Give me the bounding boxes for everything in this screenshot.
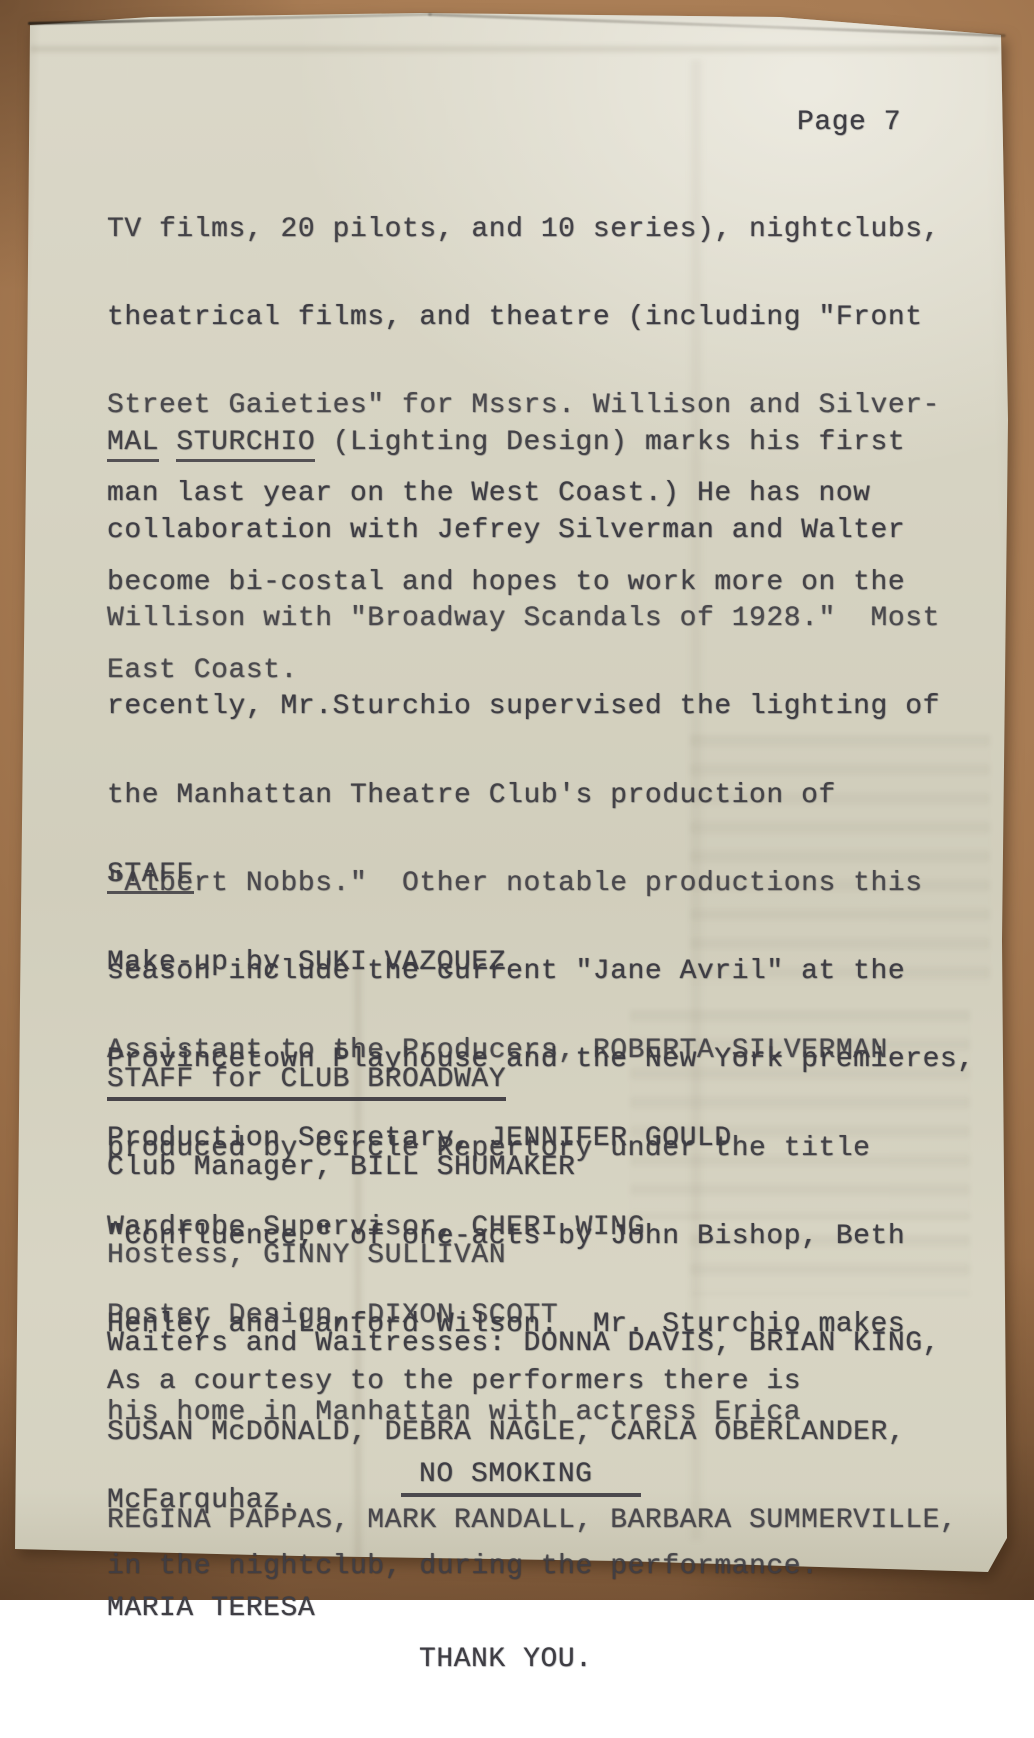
text-line: Hostess, GINNY SULLIVAN bbox=[107, 1241, 957, 1270]
text-line: TV films, 20 pilots, and 10 series), nig… bbox=[107, 215, 940, 244]
no-smoking-notice: As a courtesy to the performers there is… bbox=[107, 1305, 818, 1600]
club-staff-heading: STAFF for CLUB BROADWAY bbox=[107, 1065, 957, 1094]
text-line: in the nightclub, during the performance… bbox=[107, 1552, 818, 1583]
text-line: collaboration with Jefrey Silverman and … bbox=[107, 516, 975, 545]
staff-heading: STAFF bbox=[107, 860, 888, 889]
no-smoking-line: NO SMOKING bbox=[419, 1460, 818, 1491]
text-line: Make-up by SUKI VAZQUEZ bbox=[107, 948, 888, 977]
text-line: recently, Mr.Sturchio supervised the lig… bbox=[107, 692, 975, 721]
space bbox=[159, 427, 176, 458]
text-line: theatrical films, and theatre (including… bbox=[107, 303, 940, 332]
typewritten-text-layer: Page 7 TV films, 20 pilots, and 10 serie… bbox=[0, 0, 1034, 1600]
page-number: Page 7 bbox=[797, 108, 901, 137]
person-name-underlined: MAL bbox=[107, 427, 159, 462]
text-line-rest: (Lighting Design) marks his first bbox=[315, 427, 905, 458]
text-line: Club Manager, BILL SHUMAKER bbox=[107, 1153, 957, 1182]
text-line: As a courtesy to the performers there is bbox=[107, 1367, 818, 1398]
text-line: Willison with "Broadway Scandals of 1928… bbox=[107, 604, 975, 633]
text-line: MAL STURCHIO (Lighting Design) marks his… bbox=[107, 428, 975, 457]
person-name-underlined: STURCHIO bbox=[176, 427, 315, 462]
